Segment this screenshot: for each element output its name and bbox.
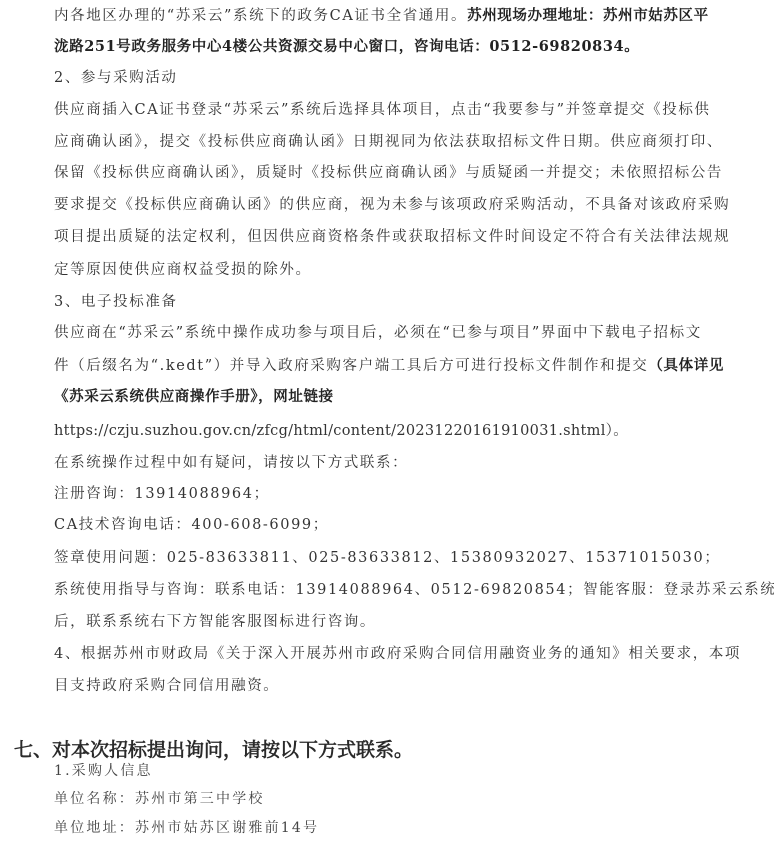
paragraph-line: 在系统操作过程中如有疑问，请按以下方式联系： (54, 453, 408, 473)
contact-ca-support: CA技术咨询电话：400-608-6099； (54, 515, 329, 535)
paragraph-ca-certificate: 内各地区办理的“苏采云”系统下的政务CA证书全省通用。苏州现场办理地址：苏州市姑… (54, 6, 709, 26)
section-heading-3: 3、电子投标准备 (54, 292, 178, 312)
paragraph-credit-financing: 4、根据苏州市财政局《关于深入开展苏州市政府采购合同信用融资业务的通知》相关要求… (54, 644, 741, 664)
paragraph-line: 项目提出质疑的法定权利，但因供应商资格条件或获取招标文件时间设定不符合有关法律法… (54, 227, 730, 247)
paragraph-line: 定等原因使供应商权益受损的除外。 (54, 260, 312, 280)
paragraph-line: 件（后缀名为“.kedt”）并导入政府采购客户端工具后方可进行投标文件制作和提交… (54, 356, 724, 376)
bold-text: 苏州现场办理地址：苏州市姑苏区平 (467, 7, 709, 24)
bold-text: 《苏采云系统供应商操作手册》，网址链接 (54, 388, 334, 405)
text: 件（后缀名为“.kedt”）并导入政府采购客户端工具后方可进行投标文件制作和提交 (54, 358, 648, 374)
unit-name: 单位名称：苏州市第三中学校 (54, 790, 265, 808)
paragraph-line: 供应商插入CA证书登录“苏采云”系统后选择具体项目，点击“我要参与”并签章提交《… (54, 100, 711, 120)
contact-system-guide: 系统使用指导与咨询：联系电话：13914088964、0512-69820854… (54, 580, 774, 600)
purchaser-info-subheading: 1.采购人信息 (54, 762, 153, 780)
paragraph-line: 后，联系系统右下方智能客服图标进行咨询。 (54, 612, 376, 632)
section-heading-2: 2、参与采购活动 (54, 68, 178, 88)
contact-registration: 注册咨询：13914088964； (54, 484, 270, 504)
paragraph-line: 应商确认函》，提交《投标供应商确认函》日期视同为依法获取招标文件日期。供应商须打… (54, 132, 723, 152)
paragraph-line: 《苏采云系统供应商操作手册》，网址链接 (54, 387, 334, 407)
section-7-heading: 七、对本次招标提出询问，请按以下方式联系。 (14, 735, 413, 762)
paragraph-onsite-address: 泷路251号政务服务中心4楼公共资源交易中心窗口，咨询电话：0512-69820… (54, 37, 639, 57)
manual-url-link[interactable]: https://czju.suzhou.gov.cn/zfcg/html/con… (54, 421, 628, 441)
paragraph-line: 供应商在“苏采云”系统中操作成功参与项目后，必须在“已参与项目”界面中下载电子招… (54, 323, 702, 343)
paragraph-line: 保留《投标供应商确认函》，质疑时《投标供应商确认函》与质疑函一并提交；未依照招标… (54, 163, 723, 183)
contact-signature: 签章使用问题：025-83633811、025-83633812、1538093… (54, 548, 720, 568)
unit-address: 单位地址：苏州市姑苏区谢雅前14号 (54, 819, 319, 837)
paragraph-line: 要求提交《投标供应商确认函》的供应商，视为未参与该项政府采购活动，不具备对该政府… (54, 195, 730, 215)
paragraph-line: 目支持政府采购合同信用融资。 (54, 676, 279, 696)
bold-text: （具体详见 (648, 357, 724, 374)
bold-text: 泷路251号政务服务中心4楼公共资源交易中心窗口，咨询电话：0512-69820… (54, 38, 639, 55)
text: 内各地区办理的“苏采云”系统下的政务CA证书全省通用。 (54, 8, 467, 24)
